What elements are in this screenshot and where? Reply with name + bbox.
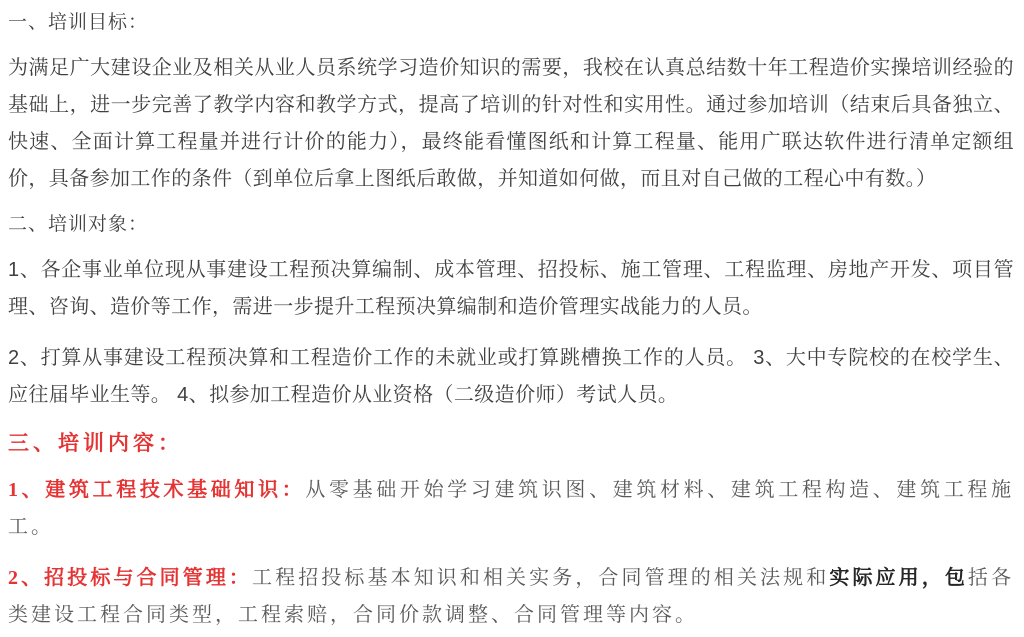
section3-item2-text-a: 工程招投标基本知识和相关实务，合同管理的相关法规和 (252, 567, 829, 589)
section1-paragraph: 为满足广大建设企业及相关从业人员系统学习造价知识的需要，我校在认真总结数十年工程… (8, 50, 1014, 198)
section2-item1: 1、各企事业单位现从事建设工程预决算编制、成本管理、招投标、施工管理、工程监理、… (8, 252, 1014, 326)
section2-heading: 二、培训对象： (8, 212, 1014, 238)
section3-item1-label: 1、建筑工程技术基础知识： (8, 479, 305, 501)
section3-heading: 三、培训内容： (8, 428, 1014, 458)
section3-item2-label: 2、招投标与合同管理： (8, 567, 252, 589)
section3-item1: 1、建筑工程技术基础知识：从零基础开始学习建筑识图、建筑材料、建筑工程构造、建筑… (8, 472, 1014, 546)
training-document: 一、培训目标： 为满足广大建设企业及相关从业人员系统学习造价知识的需要，我校在认… (0, 0, 1024, 634)
section3-item2-text-bold: 实际应用，包 (829, 567, 968, 589)
section3-item2: 2、招投标与合同管理：工程招投标基本知识和相关实务，合同管理的相关法规和实际应用… (8, 560, 1014, 634)
section1-heading: 一、培训目标： (8, 10, 1014, 36)
section2-item2: 2、打算从事建设工程预决算和工程造价工作的未就业或打算跳槽换工作的人员。 3、大… (8, 340, 1014, 414)
